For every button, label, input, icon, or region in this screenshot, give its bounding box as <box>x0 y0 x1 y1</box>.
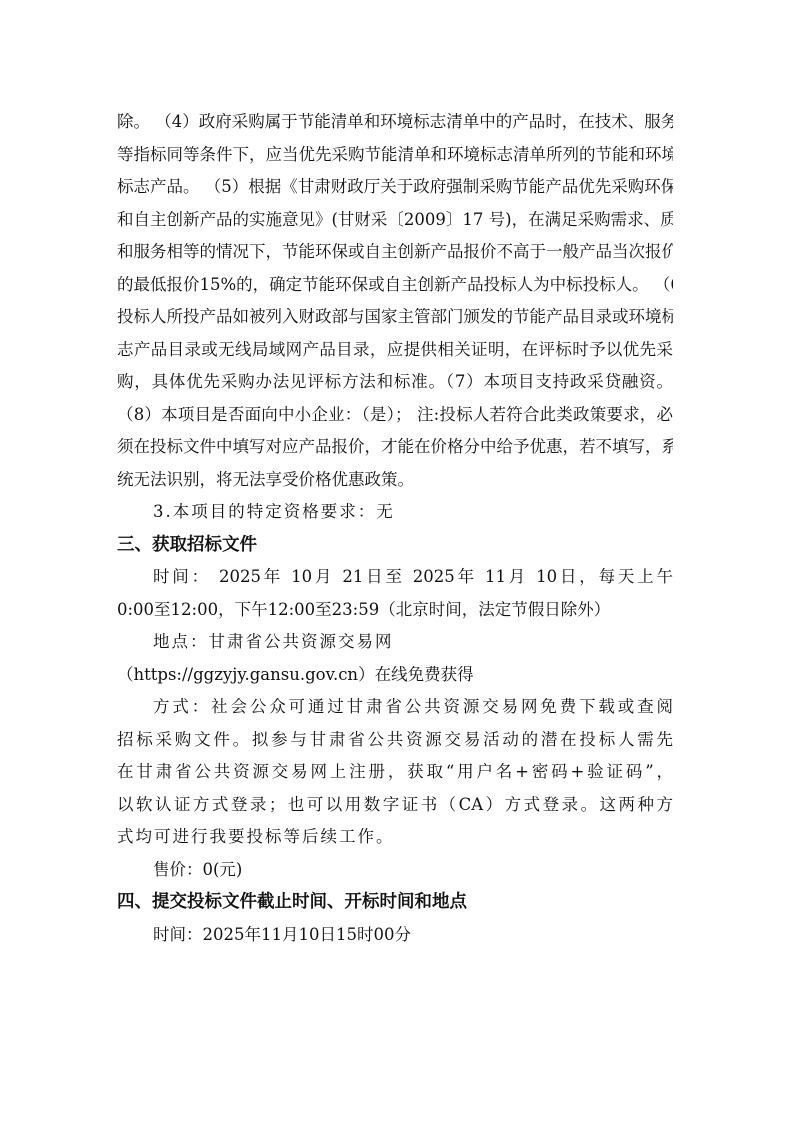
text-line: 的最低报价15%的，确定节能环保或自主创新产品投标人为中标投标人。 （6） <box>117 269 673 302</box>
obtain-time-line: 0:00至12:00，下午12:00至23:59（北京时间，法定节假日除外） <box>117 594 673 627</box>
text-line: 以软认证方式登录；也可以用数字证书（CA）方式登录。这两种方 <box>117 789 673 822</box>
text-line: 志产品目录或无线局域网产品目录，应提供相关证明，在评标时予以优先采 <box>117 334 673 367</box>
text-line: 统无法识别，将无法享受价格优惠政策。 <box>117 464 673 497</box>
qualification-requirement: 3.本项目的特定资格要求：无 <box>117 496 673 529</box>
text-line: 方式：社会公众可通过甘肃省公共资源交易网免费下载或查阅 <box>117 691 673 724</box>
section-heading-submission-deadline: 四、提交投标文件截止时间、开标时间和地点 <box>117 886 673 919</box>
text-line: 和自主创新产品的实施意见》(甘财采〔2009〕17 号)，在满足采购需求、质量 <box>117 204 673 237</box>
text-line: 在甘肃省公共资源交易网上注册，获取“用户名+密码+验证码”， <box>117 756 673 789</box>
text-line: 购，具体优先采购办法见评标方法和标准。（7）本项目支持政采贷融资。 <box>117 366 673 399</box>
text-line: 须在投标文件中填写对应产品报价，才能在价格分中给予优惠，若不填写，系 <box>117 431 673 464</box>
text-line: 式均可进行我要投标等后续工作。 <box>117 821 673 854</box>
obtain-time-line: 时间： 2025年 10月 21日至 2025年 11月 10日，每天上午 <box>117 561 673 594</box>
text-line: 除。 （4）政府采购属于节能清单和环境标志清单中的产品时，在技术、服务 <box>117 106 673 139</box>
section-heading-obtain-documents: 三、获取招标文件 <box>117 529 673 562</box>
text-line: 等指标同等条件下，应当优先采购节能清单和环境标志清单所列的节能和环境 <box>117 139 673 172</box>
text-line: 标志产品。 （5）根据《甘肃财政厅关于政府强制采购节能产品优先采购环保 <box>117 171 673 204</box>
deadline-time-line: 时间：2025年11月10日15时00分 <box>117 919 673 952</box>
text-line: （8）本项目是否面向中小企业：（是）； 注:投标人若符合此类政策要求，必 <box>117 399 673 432</box>
text-line: 和服务相等的情况下，节能环保或自主创新产品报价不高于一般产品当次报价 <box>117 236 673 269</box>
text-line: 投标人所投产品如被列入财政部与国家主管部门颁发的节能产品目录或环境标 <box>117 301 673 334</box>
obtain-place-line: 地点：甘肃省公共资源交易网 <box>117 626 673 659</box>
policy-paragraph: 除。 （4）政府采购属于节能清单和环境标志清单中的产品时，在技术、服务 等指标同… <box>117 106 673 496</box>
obtain-method-paragraph: 方式：社会公众可通过甘肃省公共资源交易网免费下载或查阅 招标采购文件。拟参与甘肃… <box>117 691 673 854</box>
text-line: 招标采购文件。拟参与甘肃省公共资源交易活动的潜在投标人需先 <box>117 724 673 757</box>
document-page: 除。 （4）政府采购属于节能清单和环境标志清单中的产品时，在技术、服务 等指标同… <box>117 106 673 951</box>
price-line: 售价：0(元) <box>117 854 673 887</box>
obtain-place-url: （https://ggzyjy.gansu.gov.cn）在线免费获得 <box>117 659 673 692</box>
